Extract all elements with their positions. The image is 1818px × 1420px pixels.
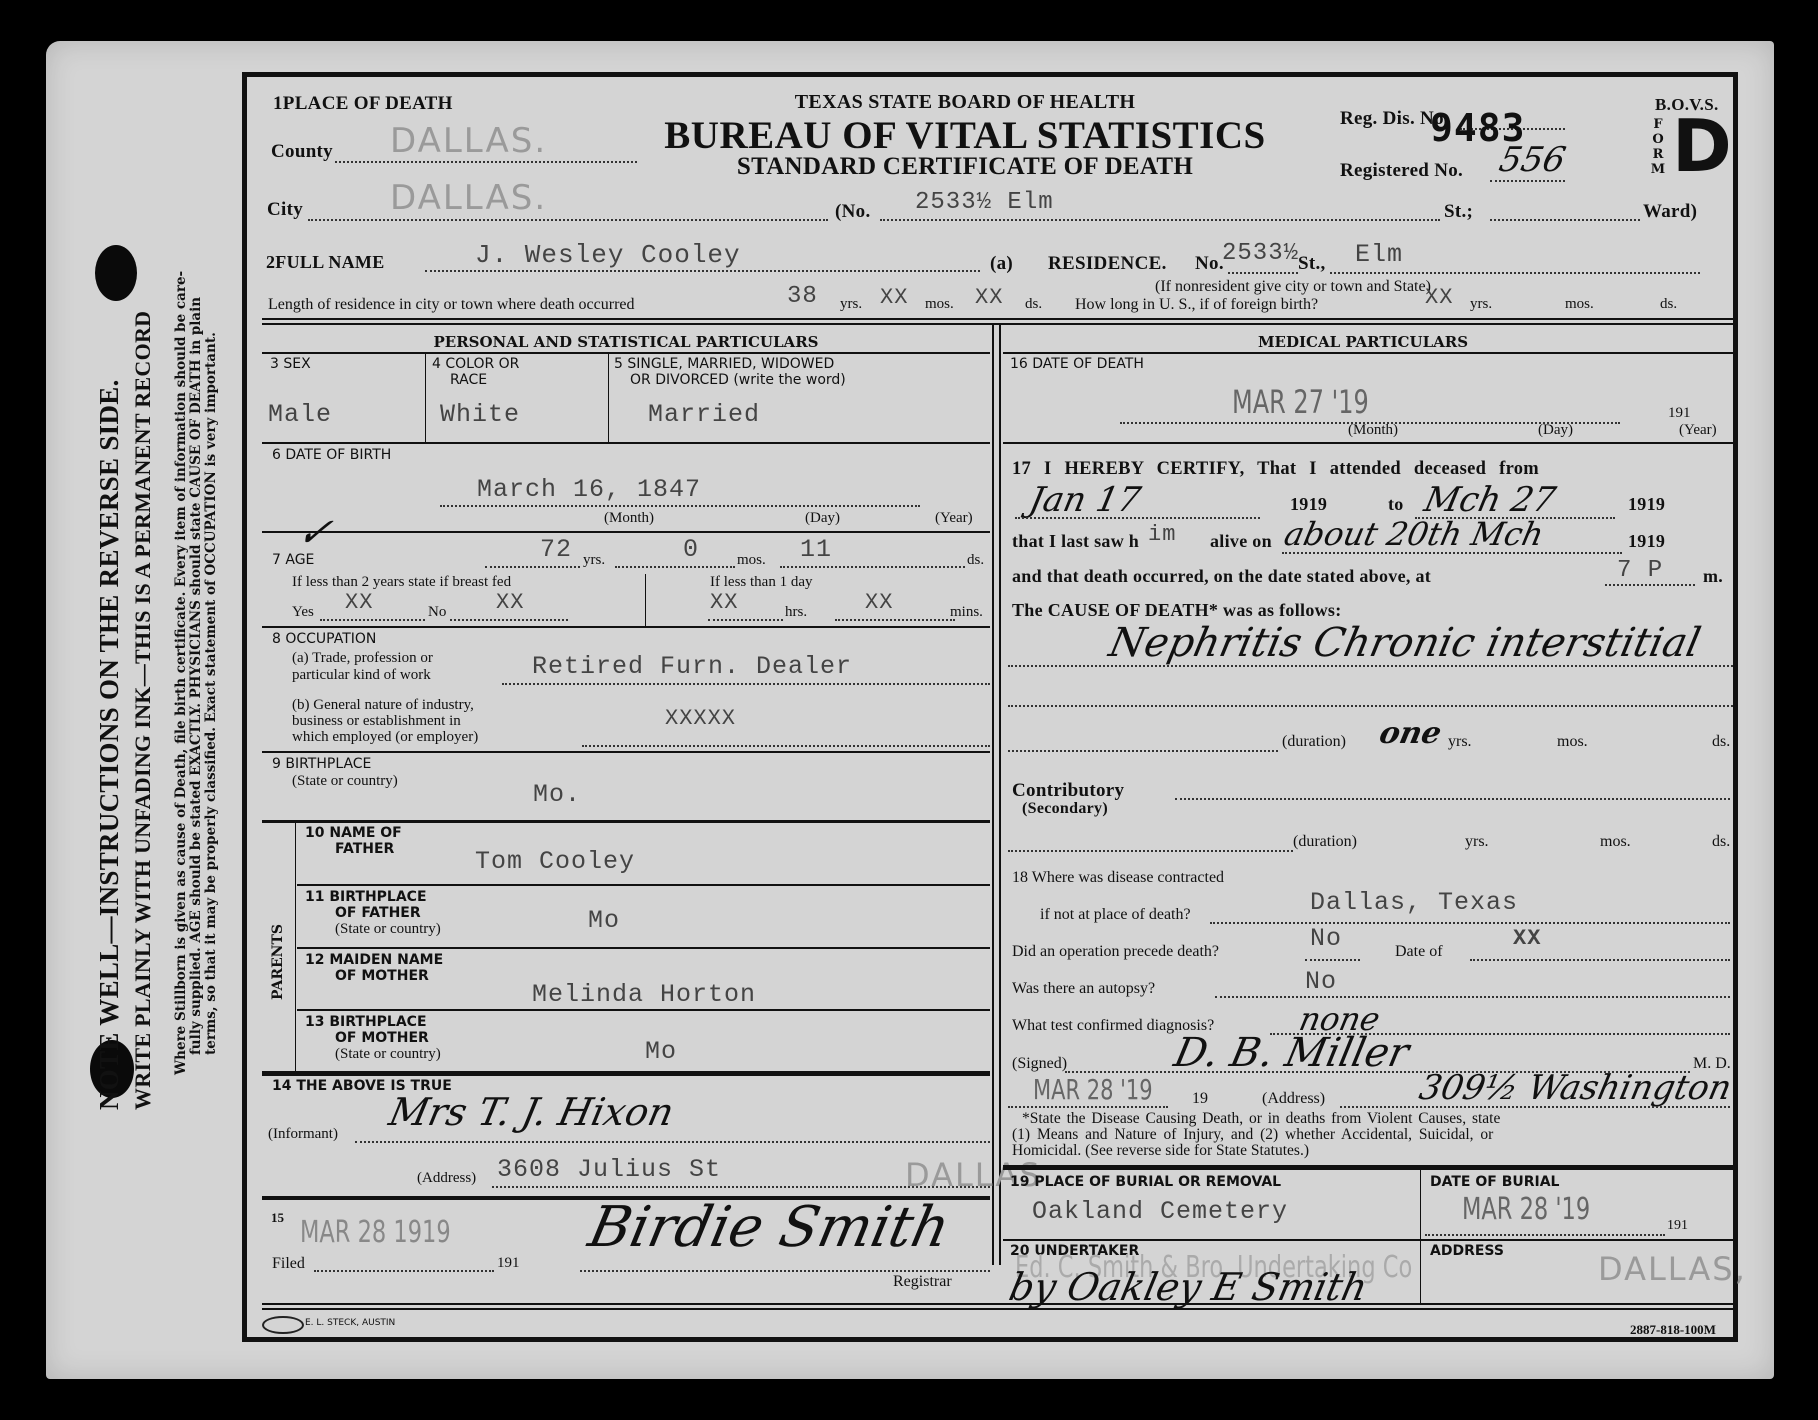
date-of-label: Date of [1395, 943, 1443, 961]
residence-prefix: (a) [990, 253, 1013, 275]
footnote-line-3: Homicidal. (See reverse side for State S… [1012, 1142, 1309, 1160]
contributory-label: Contributory [1012, 780, 1124, 802]
contrib-mos-label: mos. [1600, 833, 1631, 851]
full-name-line [425, 270, 980, 272]
row-rule-age [262, 531, 990, 533]
bottom-rule-left-2 [262, 1308, 1734, 1310]
county-stamp: DALLAS. [390, 121, 547, 161]
margin-write-plainly: WRITE PLAINLY WITH UNFADING INK—THIS IS … [130, 311, 156, 1110]
dob-value: March 16, 1847 [477, 475, 701, 504]
age-ds-value: 11 [800, 535, 832, 564]
filed-year-label: 191 [497, 1255, 520, 1272]
mother-bp-label-2: OF MOTHER [335, 1030, 429, 1046]
header-divider [262, 318, 1734, 320]
age-yrs-label: yrs. [583, 552, 605, 569]
dob-line [440, 505, 920, 507]
filed-label: Filed [272, 1255, 305, 1273]
occ-a-label-1: (a) Trade, profession or [292, 650, 433, 667]
autopsy-value: No [1305, 967, 1337, 996]
county-line [335, 161, 637, 163]
certify-text: 17 I HEREBY CERTIFY, That I attended dec… [1012, 459, 1539, 480]
residence-ds-label: ds. [1025, 296, 1042, 313]
operation-value: No [1310, 924, 1342, 953]
street-no-value: 2533½ Elm [915, 189, 1054, 216]
residence-mos-value: XX [880, 285, 908, 310]
place-of-death-label: 1PLACE OF DEATH [273, 93, 453, 115]
attended-from-year: 1919 [1290, 494, 1327, 515]
mother-bp-label-1: 13 BIRTHPLACE [305, 1014, 427, 1030]
signed-date-line [1008, 1106, 1168, 1108]
row-rule-father-bp [297, 884, 990, 886]
row-rule-mother [297, 947, 990, 949]
last-saw-pronoun: im [1148, 522, 1176, 547]
alive-on-value: about 20th Mch [1281, 515, 1547, 553]
burial-col-divider [1420, 1170, 1421, 1303]
age-ds-label: ds. [967, 552, 984, 569]
row-rule-informant [262, 1071, 990, 1076]
residence-yrs-value: 38 [787, 283, 818, 310]
occ-b-value: XXXXX [665, 706, 736, 731]
street-st-label: St.; [1444, 201, 1473, 223]
city-line [308, 219, 828, 221]
contrib-ds-label: ds. [1712, 833, 1730, 851]
city-stamp: DALLAS. [390, 178, 547, 218]
row-rule-mother-bp [297, 1009, 990, 1011]
age-ds-line [780, 566, 965, 568]
physician-address-value: 309½ Washington [1416, 1068, 1735, 1108]
marital-label-1: 5 SINGLE, MARRIED, WIDOWED [614, 356, 834, 372]
signed-year-label: 19 [1192, 1090, 1208, 1108]
physician-address-label: (Address) [1262, 1090, 1325, 1108]
cause-yrs-label: yrs. [1448, 733, 1472, 751]
last-saw-label: that I last saw h [1012, 531, 1139, 552]
occ-b-line [582, 745, 990, 747]
mother-value: Melinda Horton [532, 980, 756, 1009]
lessday-label: If less than 1 day [710, 574, 812, 591]
cause-line-2 [1008, 705, 1733, 707]
father-bp-label-1: 11 BIRTHPLACE [305, 889, 427, 905]
attended-from-line [1015, 517, 1260, 519]
personal-title-rule [262, 352, 990, 354]
alive-on-label: alive on [1210, 531, 1272, 552]
hrs-value: XX [710, 590, 738, 615]
residence-label: RESIDENCE. [1048, 253, 1167, 275]
ward-line [1490, 219, 1640, 221]
father-bp-label-3: (State or country) [335, 921, 441, 938]
death-time-value: 7 P [1617, 557, 1663, 584]
nonresident-note: (If nonresident give city or town and St… [1155, 278, 1431, 296]
center-divider-b [999, 325, 1001, 1265]
yes-label: Yes [292, 604, 314, 621]
mins-label: mins. [950, 604, 983, 621]
alive-on-line [1282, 552, 1622, 554]
autopsy-label: Was there an autopsy? [1012, 980, 1155, 998]
residence-no-value: 2533½ [1222, 240, 1299, 267]
cause-label: The CAUSE OF DEATH* was as follows: [1012, 600, 1342, 621]
contributory-line [1175, 798, 1730, 800]
bottom-rule-left [262, 1303, 1734, 1305]
medical-section-title: MEDICAL PARTICULARS [1003, 333, 1723, 351]
age-label: 7 AGE [272, 552, 314, 568]
row-rule-certify [1003, 442, 1733, 444]
cause-duration-yrs: one [1376, 716, 1444, 751]
color-label-2: RACE [450, 372, 487, 388]
cause-duration-label: (duration) [1282, 733, 1346, 751]
contrib-yrs-label: yrs. [1465, 833, 1489, 851]
operation-line [1305, 959, 1360, 961]
form-vertical-word: FORM [1650, 117, 1666, 177]
undertaker-signature: by Oakley E Smith [1005, 1265, 1371, 1309]
residence-no-line [1228, 272, 1298, 274]
operation-label: Did an operation precede death? [1012, 943, 1219, 961]
dod-stamp: MAR 27 '19 [1232, 383, 1369, 421]
mother-label-1: 12 MAIDEN NAME [305, 952, 443, 968]
age-yrs-line [485, 566, 580, 568]
marital-label-2: OR DIVORCED (write the word) [630, 372, 846, 388]
row-rule-burial [1003, 1165, 1733, 1170]
dob-day-label: (Day) [805, 510, 840, 527]
registrar-line [580, 1270, 990, 1272]
occ-a-label-2: particular kind of work [292, 667, 431, 684]
residence-st-line [1330, 272, 1700, 274]
registered-no-label: Registered No. [1340, 160, 1463, 182]
no-label: No [428, 604, 446, 621]
row-rule-occupation [262, 626, 990, 628]
center-divider-a [992, 325, 994, 1265]
us-mos-label: mos. [1565, 296, 1594, 313]
attended-to: Mch 27 [1421, 480, 1559, 520]
us-yrs-label: yrs. [1470, 296, 1492, 313]
residence-st-label: St., [1298, 253, 1326, 275]
burial-date-line [1425, 1234, 1665, 1236]
city-label: City [267, 199, 303, 221]
dod-year-prefix: 191 [1668, 405, 1691, 422]
informant-signature: Mrs T. J. Hixon [385, 1090, 677, 1134]
residence-yrs-label: yrs. [840, 296, 862, 313]
burial-date-stamp: MAR 28 '19 [1462, 1192, 1590, 1227]
full-name-value: J. Wesley Cooley [475, 240, 741, 270]
dob-year-label: (Year) [935, 510, 973, 527]
personal-section-title: PERSONAL AND STATISTICAL PARTICULARS [262, 333, 990, 351]
row-rule-parents [262, 820, 990, 823]
father-label-2: FATHER [335, 841, 394, 857]
color-value: White [440, 400, 520, 429]
filed-number: 15 [271, 1210, 284, 1226]
cause-duration-lead [1008, 750, 1278, 752]
residence-mos-label: mos. [925, 296, 954, 313]
father-bp-value: Mo [588, 906, 620, 935]
contracted-line [1210, 922, 1730, 924]
burial-place-value: Oakland Cemetery [1032, 1197, 1288, 1226]
father-label-1: 10 NAME OF [305, 825, 402, 841]
color-label-1: 4 COLOR OR [432, 356, 519, 372]
physician-address-line [1340, 1106, 1730, 1108]
date-of-value: XX [1513, 926, 1541, 951]
father-bp-label-2: OF FATHER [335, 905, 421, 921]
registered-no-line [1490, 180, 1565, 182]
registrar-signature: Birdie Smith [583, 1195, 955, 1260]
residence-length-label: Length of residence in city or town wher… [268, 296, 635, 314]
contracted-label: 18 Where was disease contracted [1012, 869, 1224, 887]
color-divider [608, 354, 609, 444]
dod-label: 16 DATE OF DEATH [1010, 356, 1144, 372]
birthplace-label-2: (State or country) [292, 773, 398, 790]
form-letter: D [1672, 106, 1732, 186]
date-of-line [1470, 959, 1730, 961]
us-ds-label: ds. [1660, 296, 1677, 313]
occ-b-label-1: (b) General nature of industry, [292, 697, 474, 714]
certificate-title: STANDARD CERTIFICATE OF DEATH [680, 153, 1250, 181]
undertaker-address-label: ADDRESS [1430, 1243, 1504, 1259]
contrib-duration-label: (duration) [1293, 833, 1357, 851]
parents-side-divider [295, 822, 296, 1072]
row-rule-birthplace [262, 751, 990, 753]
occ-b-label-3: which employed (or employer) [292, 729, 478, 746]
not-at-place-label: if not at place of death? [1040, 906, 1191, 924]
informant-label: (Informant) [268, 1126, 338, 1143]
dod-day-label: (Day) [1538, 422, 1573, 439]
margin-instructions-3: terms, so that it may be properly classi… [203, 332, 219, 1055]
filed-line [314, 1270, 494, 1272]
yes-value: XX [345, 590, 373, 615]
form-code: 2887-818-100M [1630, 1322, 1716, 1338]
occ-b-label-2: business or establishment in [292, 713, 461, 730]
bureau-title: BUREAU OF VITAL STATISTICS [660, 113, 1270, 158]
medical-title-rule [1003, 352, 1733, 354]
board-of-health: TEXAS STATE BOARD OF HEALTH [680, 91, 1250, 114]
physician-signature: D. B. Miller [1170, 1030, 1413, 1076]
yes-line [320, 619, 425, 621]
cause-ds-label: ds. [1712, 733, 1730, 751]
hrs-line [708, 619, 783, 621]
row-rule-dob [262, 442, 990, 444]
parents-side-label: PARENTS [270, 924, 286, 1000]
mother-label-2: OF MOTHER [335, 968, 429, 984]
informant-line [355, 1141, 990, 1143]
cause-mos-label: mos. [1557, 733, 1588, 751]
sex-value: Male [268, 400, 332, 429]
street-line [880, 219, 1440, 221]
burial-place-label: 19 PLACE OF BURIAL OR REMOVAL [1010, 1174, 1281, 1190]
occ-a-value: Retired Furn. Dealer [532, 652, 852, 681]
cause-line-1 [1008, 665, 1733, 667]
registrar-label: Registrar [893, 1273, 952, 1291]
mother-bp-label-3: (State or country) [335, 1046, 441, 1063]
occupation-label: 8 OCCUPATION [272, 631, 376, 647]
to-label: to [1388, 494, 1404, 515]
street-no-label: (No. [835, 201, 871, 223]
age-subdivider [645, 574, 646, 626]
us-length-label: How long in U. S., if of foreign birth? [1075, 296, 1318, 314]
informant-address-value: 3608 Julius St [497, 1155, 721, 1184]
age-mos-value: 0 [683, 535, 699, 564]
contrib-duration-lead [1008, 850, 1293, 852]
secondary-label: (Secondary) [1022, 800, 1108, 818]
mins-line [835, 619, 955, 621]
cause-value: Nephritis Chronic interstitial [1105, 620, 1704, 666]
residence-ds-value: XX [975, 285, 1003, 310]
full-name-label: 2FULL NAME [266, 252, 385, 273]
mother-bp-value: Mo [645, 1037, 677, 1066]
death-time-label: and that death occurred, on the date sta… [1012, 566, 1431, 587]
punch-hole-top [95, 245, 137, 301]
death-time-line [1605, 584, 1695, 586]
us-yrs-value: XX [1425, 285, 1453, 310]
printer-seal-icon [262, 1316, 304, 1334]
occ-a-line [502, 683, 990, 685]
informant-address-label: (Address) [417, 1170, 476, 1187]
burial-year-label: 191 [1667, 1218, 1688, 1234]
residence-st-value: Elm [1355, 240, 1403, 269]
signed-date-stamp: MAR 28 '19 [1033, 1073, 1153, 1106]
age-mos-line [615, 566, 735, 568]
margin-instructions-1: Where Stillborn is given as cause of Dea… [173, 271, 189, 1075]
breastfed-label: If less than 2 years state if breast fed [292, 574, 511, 591]
sex-divider [425, 354, 426, 444]
dob-month-label: (Month) [604, 510, 654, 527]
hrs-label: hrs. [785, 604, 807, 621]
autopsy-line [1215, 996, 1730, 998]
birthplace-value: Mo. [533, 780, 581, 809]
attended-from: Jan 17 [1026, 480, 1144, 520]
dod-year-label: (Year) [1679, 422, 1717, 439]
age-yrs-value: 72 [540, 535, 572, 564]
dod-month-label: (Month) [1348, 422, 1398, 439]
undertaker-address-stamp: DALLAS, [1598, 1250, 1747, 1288]
county-label: County [271, 141, 333, 163]
header-divider-2 [262, 323, 1734, 325]
printer-credit: E. L. STECK, AUSTIN [305, 1318, 395, 1328]
dob-label: 6 DATE OF BIRTH [272, 447, 391, 463]
row-rule-undertaker [1003, 1239, 1733, 1241]
margin-instructions-2: fully supplied. AGE should be stated EXA… [188, 297, 204, 1055]
residence-no-label: No. [1195, 253, 1224, 275]
registered-no-value: 556 [1496, 140, 1569, 180]
attended-to-year: 1919 [1628, 494, 1665, 515]
no-value: XX [496, 590, 524, 615]
contracted-value: Dallas, Texas [1310, 888, 1518, 917]
margin-note-well: NOTE WELL—INSTRUCTIONS ON THE REVERSE SI… [94, 379, 125, 1110]
filed-stamp: MAR 28 1919 [300, 1215, 451, 1250]
ward-label: Ward) [1643, 201, 1697, 223]
signed-label: (Signed) [1012, 1055, 1067, 1073]
age-mos-label: mos. [737, 552, 766, 569]
no-line [450, 619, 568, 621]
father-value: Tom Cooley [475, 847, 635, 876]
birthplace-label-1: 9 BIRTHPLACE [272, 756, 371, 772]
sex-label: 3 SEX [270, 356, 311, 372]
mins-value: XX [865, 590, 893, 615]
burial-date-label: DATE OF BURIAL [1430, 1174, 1559, 1190]
marital-value: Married [648, 400, 760, 429]
alive-on-year: 1919 [1628, 531, 1665, 552]
death-time-suffix: m. [1703, 566, 1723, 587]
